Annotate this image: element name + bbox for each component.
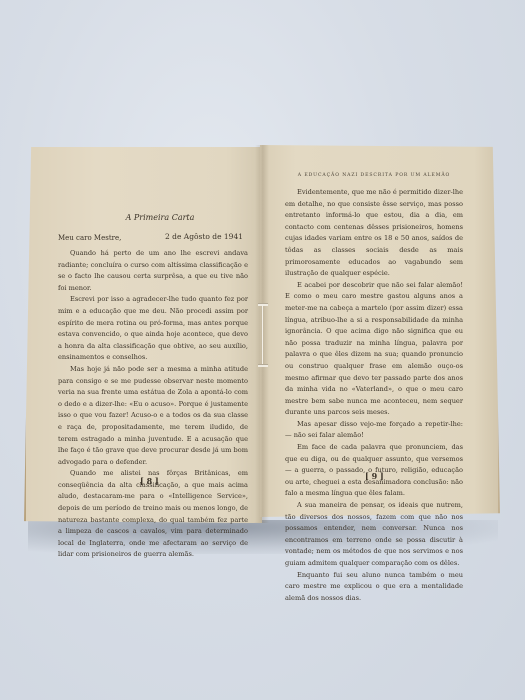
- paragraph: E acabei por descobrir que não sei falar…: [285, 280, 463, 419]
- paragraph: Mas hoje já não pode ser a mesma a minha…: [58, 364, 248, 468]
- paragraph: Enquanto fui seu aluno nunca também o me…: [285, 570, 463, 605]
- right-page-body: Evidentemente, que me não é permitido di…: [285, 187, 463, 604]
- staple-top: [258, 303, 268, 306]
- paragraph: Evidentemente, que me não é permitido di…: [285, 187, 463, 280]
- letter-salutation: Meu caro Mestre,: [58, 234, 121, 242]
- paragraph: Quando há perto de um ano lhe escrevi an…: [58, 248, 248, 294]
- letter-date: 2 de Agôsto de 1941: [165, 232, 243, 241]
- paragraph: A sua maneira de pensar, os ideais que n…: [285, 500, 463, 570]
- paragraph: Escrevi por isso a agradecer-lhe tudo qu…: [58, 294, 248, 364]
- left-page-body: Quando há perto de um ano lhe escrevi an…: [58, 248, 248, 561]
- running-head: A EDUCAÇÃO NAZI DESCRITA POR UM ALEMÃO: [284, 173, 464, 178]
- paragraph: Mas apesar disso vejo-me forçado a repet…: [285, 419, 463, 442]
- page-number-left: [ 8 ]: [140, 476, 159, 486]
- open-booklet: A Primeira Carta Meu caro Mestre, 2 de A…: [0, 0, 525, 700]
- page-number-right: [ 9 ]: [365, 471, 384, 481]
- staple-bottom: [258, 364, 268, 367]
- chapter-title: A Primeira Carta: [110, 213, 210, 222]
- binding-thread: [262, 305, 263, 365]
